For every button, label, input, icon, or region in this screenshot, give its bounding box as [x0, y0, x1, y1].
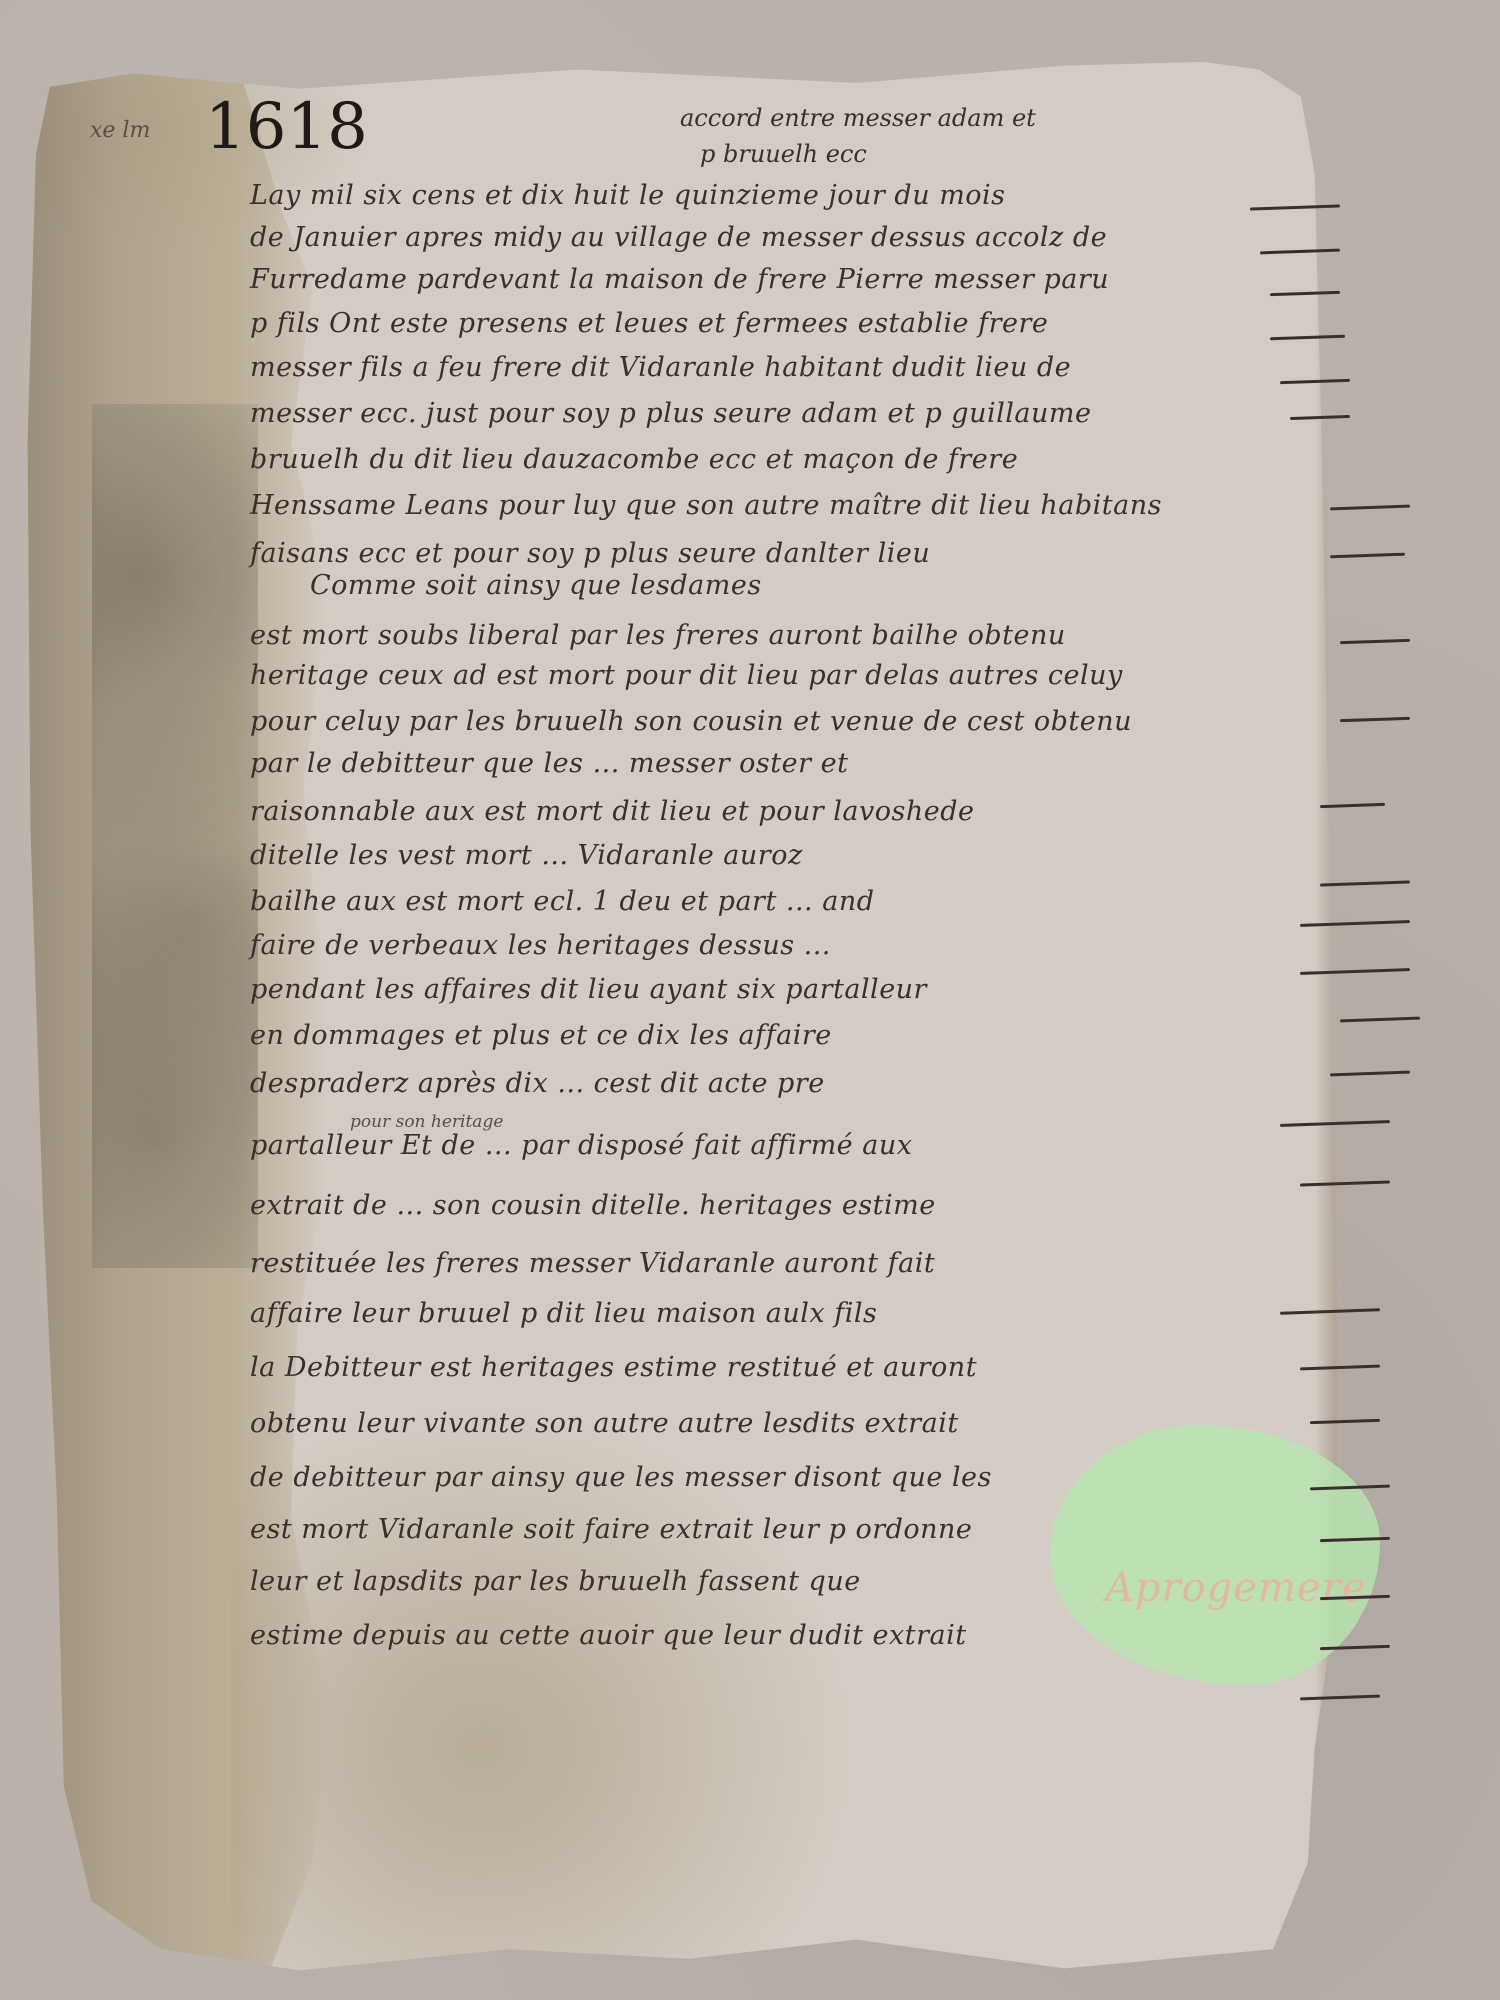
text-line: pendant les affaires dit lieu ayant six …: [250, 974, 927, 1005]
text-line: est mort Vidaranle soit faire extrait le…: [250, 1514, 972, 1545]
text-line: estime depuis au cette auoir que leur du…: [250, 1620, 967, 1651]
text-line: Comme soit ainsy que lesdames: [310, 570, 762, 601]
text-line: Henssame Leans pour luy que son autre ma…: [250, 490, 1162, 521]
text-line: bailhe aux est mort ecl. 1 deu et part .…: [250, 886, 875, 917]
text-line: restituée les freres messer Vidaranle au…: [250, 1248, 935, 1279]
margin-note: xe lm: [90, 118, 150, 143]
text-line: bruuelh du dit lieu dauzacombe ecc et ma…: [250, 444, 1018, 475]
text-line: Lay mil six cens et dix huit le quinziem…: [250, 180, 1006, 211]
manuscript-page: [22, 58, 1412, 1978]
text-line: raisonnable aux est mort dit lieu et pou…: [250, 796, 975, 827]
text-line: la Debitteur est heritages estime restit…: [250, 1352, 977, 1383]
text-line: ditelle les vest mort ... Vidaranle auro…: [250, 840, 803, 871]
mold-spots: [92, 404, 259, 1268]
text-line: extrait de ... son cousin ditelle. herit…: [250, 1190, 936, 1221]
text-line: faisans ecc et pour soy p plus seure dan…: [250, 538, 930, 569]
document-year: 1618: [205, 90, 368, 164]
text-line: pour celuy par les bruuelh son cousin et…: [250, 706, 1132, 737]
text-line: messer fils a feu frere dit Vidaranle ha…: [250, 352, 1071, 383]
text-line: leur et lapsdits par les bruuelh fassent…: [250, 1566, 861, 1597]
text-line: obtenu leur vivante son autre autre lesd…: [250, 1408, 959, 1439]
heading-line-1: accord entre messer adam et: [680, 104, 1036, 132]
text-line: de Januier apres midy au village de mess…: [250, 222, 1107, 253]
text-line: p fils Ont este presens et leues et ferm…: [250, 308, 1048, 339]
text-line: heritage ceux ad est mort pour dit lieu …: [250, 660, 1123, 691]
heading-line-2: p bruuelh ecc: [700, 140, 867, 168]
interlinear-note: pour son heritage: [350, 1112, 503, 1132]
text-line: messer ecc. just pour soy p plus seure a…: [250, 398, 1091, 429]
text-line: en dommages et plus et ce dix les affair…: [250, 1020, 832, 1051]
text-line: despraderz après dix ... cest dit acte p…: [250, 1068, 825, 1099]
text-line: est mort soubs liberal par les freres au…: [250, 620, 1066, 651]
text-line: par le debitteur que les ... messer oste…: [250, 748, 848, 779]
text-line: de debitteur par ainsy que les messer di…: [250, 1462, 992, 1493]
text-line: Furredame pardevant la maison de frere P…: [250, 264, 1109, 295]
patch-stamp-text: Aprogemere: [1105, 1565, 1366, 1611]
text-line: partalleur Et de ... par disposé fait af…: [250, 1130, 912, 1161]
text-line: affaire leur bruuel p dit lieu maison au…: [250, 1298, 877, 1329]
text-line: faire de verbeaux les heritages dessus .…: [250, 930, 831, 961]
